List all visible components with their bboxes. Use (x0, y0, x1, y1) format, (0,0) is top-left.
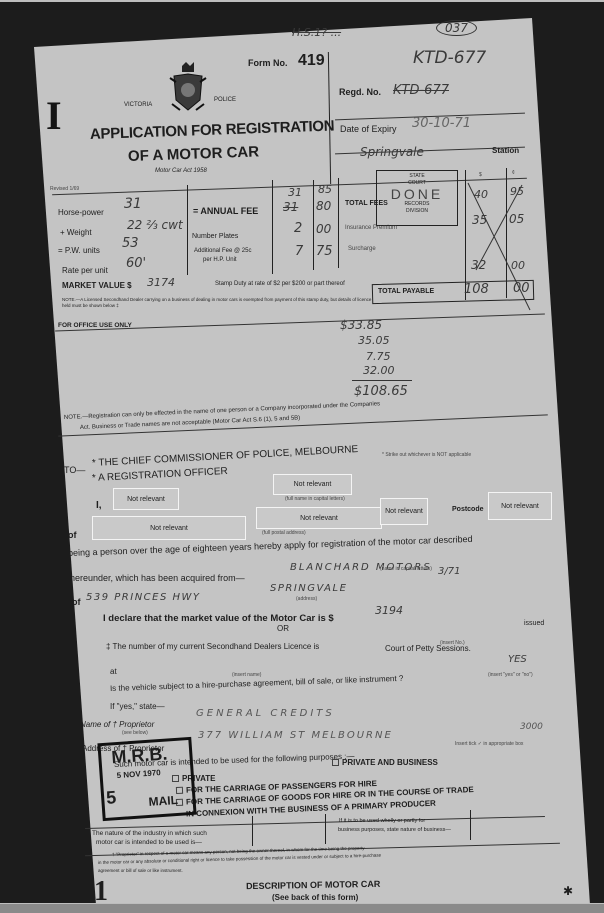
circled-number: 037 (436, 20, 477, 36)
acquired-address-suburb: SPRINGVALE (270, 583, 347, 594)
form-title-line2: OF A MOTOR CAR (128, 143, 260, 165)
applicant-text-2: hereunder, which has been acquired from— (70, 573, 245, 583)
total-payable-cents: 00 (513, 281, 530, 296)
redacted-applicant-name: Not relevant (113, 488, 179, 510)
business-label-1: If it is to be used wholly or partly for (339, 818, 425, 824)
of-label: of (68, 530, 77, 540)
stamp-duty-dollars: 32 (471, 258, 486, 272)
proprietor-name-label: Name of † Proprietor (80, 720, 154, 729)
pw-units-value: 53 (122, 236, 139, 251)
regd-no-crossed: KTD-677 (393, 83, 449, 98)
declare-text: I declare that the market value of the M… (103, 613, 334, 624)
i-label: I, (96, 500, 102, 511)
rate-per-unit-label: Rate per unit (62, 266, 108, 275)
mrb-mail-stamp: M.R.B. 5 NOV 1970 5 MAIL (97, 737, 196, 821)
act-name: Motor Car Act 1958 (155, 168, 207, 174)
form-title-line1: APPLICATION FOR REGISTRATION (90, 117, 335, 143)
proprietor-postcode: 3000 (520, 722, 543, 732)
court-text: Court of Petty Sessions. (385, 644, 471, 653)
corner-mark-top: I (46, 92, 62, 139)
regd-no-label: Regd. No. (339, 87, 381, 97)
form-number: 419 (298, 52, 325, 70)
dealer-licence-text: ‡ The number of my current Secondhand De… (106, 642, 319, 651)
victoria-police-crest-icon (166, 60, 210, 120)
new-registration-number: KTD-677 (413, 48, 486, 68)
or-text: OR (277, 624, 289, 633)
crossed-out-number: H.S.1? ... (292, 26, 341, 39)
market-value: 3174 (147, 276, 175, 289)
dealer-note: NOTE.—A Licensed Secondhand Dealer carry… (62, 297, 372, 309)
station-label: Station (492, 146, 519, 155)
at-label: at (110, 667, 117, 676)
done-stamp: STATE COURT DONE RECORDS DIVISION (376, 170, 458, 226)
corner-tick-mark: ✱ (563, 884, 573, 898)
additional-fee-label-1: Additional Fee @ 25c (194, 248, 251, 254)
postcode-label: Postcode (452, 506, 484, 513)
insurance-label: Insurance Premium (345, 225, 397, 231)
redacted-address: Not relevant (92, 516, 246, 540)
pw-units-label: = P.W. units (58, 246, 100, 255)
redacted-applicant-name-2: Not relevant (273, 474, 352, 495)
revised-date: Revised 1/69 (50, 186, 79, 192)
proprietor-footnote-3: agreement or bill of sale or like instru… (98, 868, 183, 873)
tick-hint: Insert tick ✓ in appropriate box (455, 741, 523, 747)
weight-value: 22 ⅔ cwt (127, 218, 183, 232)
full-address-hint: (full postal address) (262, 530, 306, 536)
of-address-label: of (72, 597, 81, 607)
date-of-expiry-label: Date of Expiry (340, 124, 397, 134)
description-subtitle: (See back of this form) (272, 893, 358, 902)
if-yes-label: If "yes," state— (110, 702, 165, 711)
description-title: DESCRIPTION OF MOTOR CAR (246, 879, 380, 891)
number-plates-dollars: 2 (294, 221, 302, 236)
form-number-label: Form No. (248, 58, 288, 68)
horsepower-label: Horse-power (58, 208, 104, 217)
office-calc-3: 7.75 (366, 350, 391, 363)
redacted-postcode: Not relevant (488, 492, 552, 520)
addressee-registration-officer: * A REGISTRATION OFFICER (92, 466, 228, 484)
additional-fee-dollars: 7 (295, 244, 303, 259)
office-calc-total: $108.65 (354, 384, 408, 399)
hire-purchase-answer: YES (508, 654, 527, 665)
office-use-label: FOR OFFICE USE ONLY (58, 322, 132, 329)
acquired-address-street: 539 PRINCES HWY (86, 592, 201, 603)
strike-out-note: * Strike out whichever is NOT applicable (382, 452, 471, 458)
see-below-hint: (see below) (122, 730, 148, 736)
annual-fee-top-dollars: 31 (288, 186, 302, 199)
stamp-duty-text: Stamp Duty at rate of $2 per $200 or par… (215, 281, 345, 287)
office-calc-2: 35.05 (358, 334, 390, 347)
market-value-label: MARKET VALUE $ (62, 281, 132, 290)
address-hint: (address) (296, 596, 317, 602)
crest-label-police: POLICE (214, 97, 236, 103)
number-plates-cents: 00 (316, 222, 331, 236)
acquired-date: 3/71 (438, 566, 460, 577)
annual-fee-cents: 80 (316, 199, 331, 213)
office-calc-4: 32.00 (363, 364, 395, 377)
industry-label-2: motor car is intended to be used is— (96, 839, 202, 846)
horsepower-value: 31 (124, 196, 142, 212)
additional-fee-label-2: per H.P. Unit (203, 257, 237, 263)
annual-fee-dollars: 31 (283, 200, 298, 214)
number-plates-label: Number Plates (192, 233, 238, 240)
date-of-expiry: 30-10-71 (412, 116, 471, 131)
rate-per-unit-value: 60' (126, 256, 146, 271)
yes-no-hint: (insert "yes" or "no") (488, 672, 533, 678)
issued-text: issued (524, 620, 544, 627)
weight-label: + Weight (60, 228, 92, 237)
industry-label-1: The nature of the industry in which such (92, 830, 207, 837)
full-name-hint: (full name in capital letters) (285, 496, 345, 502)
proprietor-name: GENERAL CREDITS (196, 708, 335, 719)
bottom-border (0, 903, 604, 913)
to-label: TO— (64, 465, 85, 475)
additional-fee-cents: 75 (316, 244, 333, 259)
surcharge-label: Surcharge (348, 246, 376, 252)
total-payable-label: TOTAL PAYABLE (378, 288, 434, 295)
proprietor-address: 377 WILLIAM ST MELBOURNE (198, 730, 393, 741)
redacted-address-2: Not relevant (256, 507, 382, 529)
annual-fee-top-cents: 85 (318, 183, 332, 196)
form-content: I H.S.1? ... 037 Form No. 419 VICTORIA P… (0, 0, 604, 913)
station-name: Springvale (360, 145, 424, 159)
capital-letters-hint: (name in capital letters) (380, 566, 432, 572)
declared-value: 3194 (375, 604, 403, 617)
stamp-duty-cents: 00 (511, 259, 525, 272)
purpose-private-business[interactable]: PRIVATE AND BUSINESS (332, 758, 438, 767)
place-hint: (insert name) (232, 672, 261, 678)
purpose-private-business-checkbox[interactable] (332, 759, 339, 766)
office-calc-1: $33.85 (340, 318, 382, 332)
business-label-2: business purposes, state nature of busin… (338, 827, 451, 833)
total-payable-dollars: 108 (464, 282, 489, 297)
crest-label-victoria: VICTORIA (124, 102, 152, 108)
annual-fee-label: = ANNUAL FEE (193, 206, 258, 216)
redacted-suburb: Not relevant (380, 498, 428, 525)
